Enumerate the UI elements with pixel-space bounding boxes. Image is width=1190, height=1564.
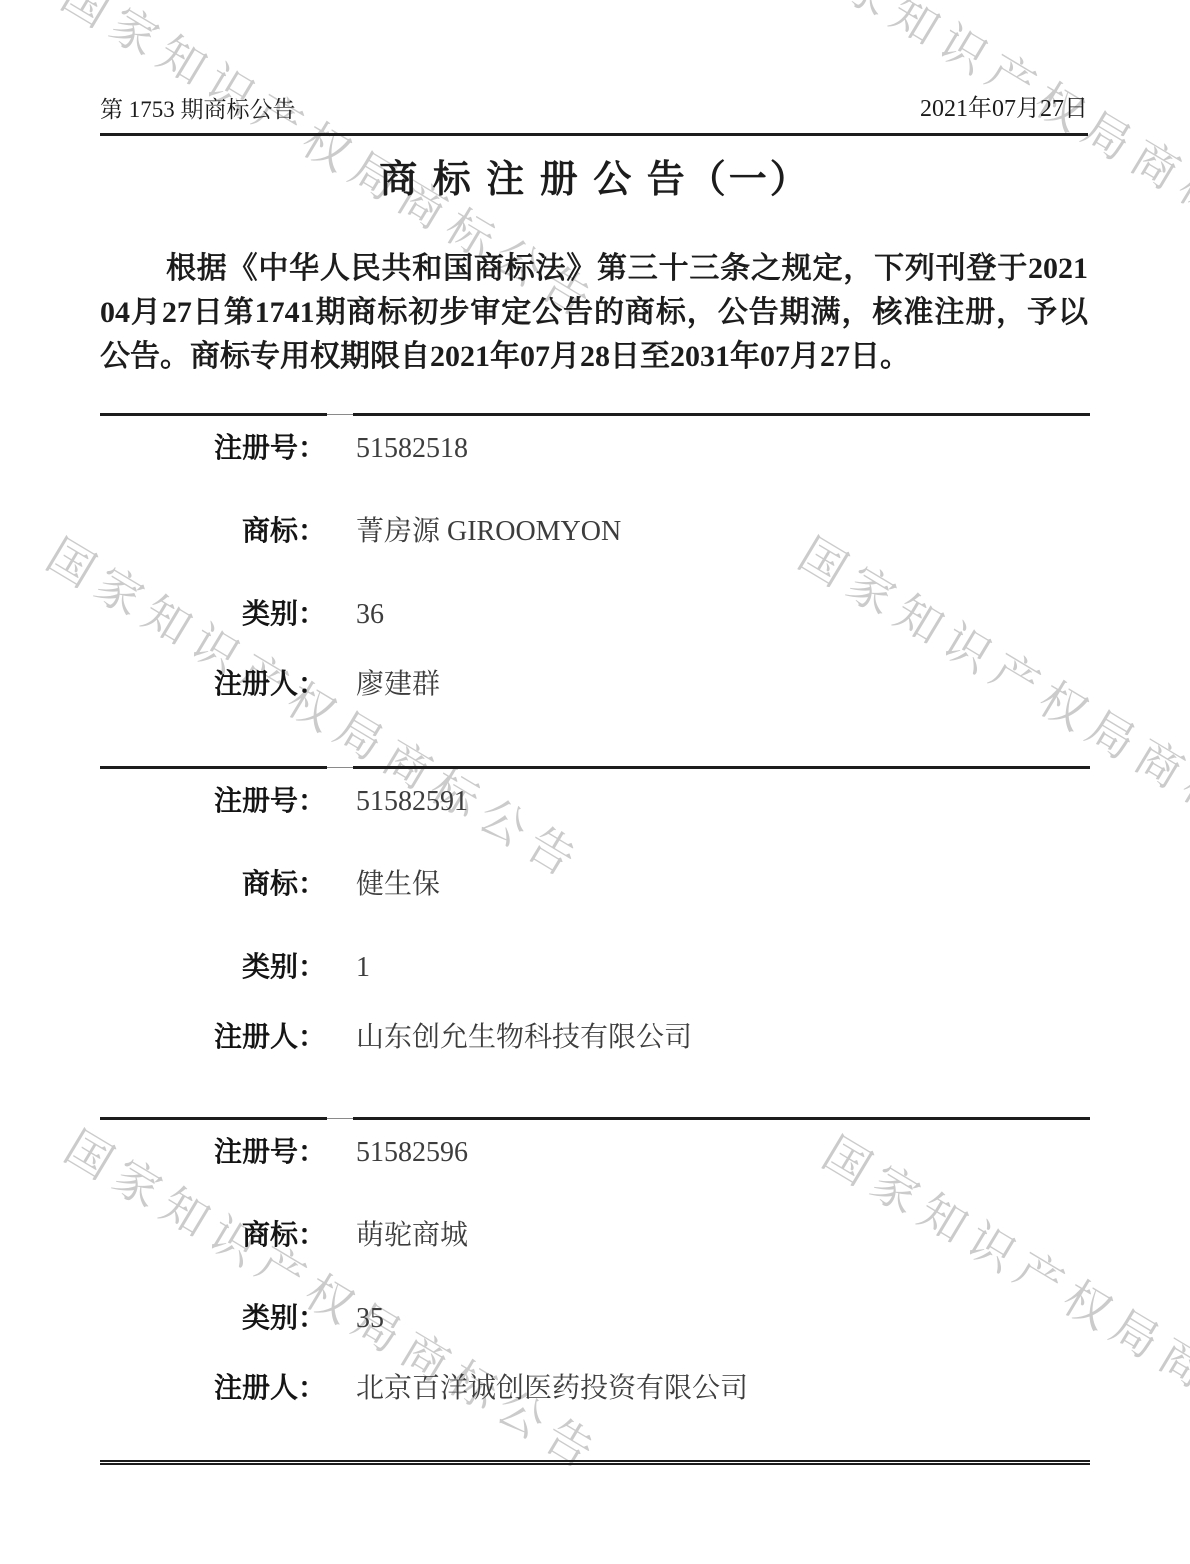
record-row-category: 类别： 36 (100, 599, 1090, 631)
record-divider (353, 413, 1090, 416)
page-title: 商 标 注 册 公 告（一） (0, 148, 1190, 203)
field-value-registrant: 北京百洋诚创医药投资有限公司 (356, 1373, 1086, 1405)
header-rule (100, 133, 1088, 136)
intro-line-1: 根据《中华人民共和国商标法》第三十三条之规定，下列刊登于2021年 (100, 247, 1088, 291)
intro-line-3: 公告。商标专用权期限自2021年07月28日至2031年07月27日。 (100, 335, 1088, 379)
record-divider (100, 1117, 327, 1120)
field-label-trademark: 商标： (100, 516, 326, 548)
field-label-reg-no: 注册号： (100, 1137, 326, 1169)
field-label-category: 类别： (100, 1303, 326, 1335)
record-divider-gap-line (327, 414, 353, 415)
field-label-category: 类别： (100, 599, 326, 631)
record-row-reg-no: 注册号： 51582591 (100, 786, 1090, 818)
field-value-reg-no: 51582591 (356, 786, 1086, 818)
field-value-reg-no: 51582518 (356, 433, 1086, 465)
field-label-registrant: 注册人： (100, 669, 326, 701)
record-row-trademark: 商标： 菁房源 GIROOMYON (100, 516, 1090, 548)
field-value-trademark: 萌驼商城 (356, 1220, 1086, 1252)
field-value-category: 36 (356, 599, 1086, 631)
record-divider-gap-line (327, 767, 353, 768)
intro-paragraph: 根据《中华人民共和国商标法》第三十三条之规定，下列刊登于2021年 04月27日… (100, 247, 1088, 379)
field-label-category: 类别： (100, 952, 326, 984)
field-value-category: 35 (356, 1303, 1086, 1335)
record-divider-gap-line (327, 1118, 353, 1119)
record-row-category: 类别： 35 (100, 1303, 1090, 1335)
record-row-registrant: 注册人： 山东创允生物科技有限公司 (100, 1022, 1090, 1054)
field-value-trademark: 菁房源 GIROOMYON (356, 516, 1086, 548)
trademark-record: 注册号： 51582518 商标： 菁房源 GIROOMYON 类别： 36 注… (100, 413, 1090, 762)
trademark-record: 注册号： 51582596 商标： 萌驼商城 类别： 35 注册人： 北京百洋诚… (100, 1117, 1090, 1466)
intro-line-2: 04月27日第1741期商标初步审定公告的商标，公告期满，核准注册，予以 (100, 291, 1088, 335)
gazette-page: 国家知识产权局商标公告 国家知识产权局商标公告 国家知识产权局商标公告 国家知识… (0, 0, 1190, 1564)
field-label-registrant: 注册人： (100, 1022, 326, 1054)
record-row-category: 类别： 1 (100, 952, 1090, 984)
page-content: 第 1753 期商标公告 2021年07月27日 商 标 注 册 公 告（一） … (0, 0, 1190, 1564)
record-divider (100, 766, 327, 769)
record-divider (353, 766, 1090, 769)
field-label-trademark: 商标： (100, 869, 326, 901)
record-row-trademark: 商标： 健生保 (100, 869, 1090, 901)
gazette-date: 2021年07月27日 (920, 96, 1088, 123)
field-value-category: 1 (356, 952, 1086, 984)
trademark-record: 注册号： 51582591 商标： 健生保 类别： 1 注册人： 山东创允生物科… (100, 766, 1090, 1115)
gazette-issue-label: 第 1753 期商标公告 (100, 97, 296, 123)
record-divider (353, 1117, 1090, 1120)
record-divider (100, 413, 327, 416)
record-row-reg-no: 注册号： 51582518 (100, 433, 1090, 465)
record-row-reg-no: 注册号： 51582596 (100, 1137, 1090, 1169)
field-label-reg-no: 注册号： (100, 786, 326, 818)
field-label-reg-no: 注册号： (100, 433, 326, 465)
field-value-registrant: 山东创允生物科技有限公司 (356, 1022, 1086, 1054)
record-row-registrant: 注册人： 北京百洋诚创医药投资有限公司 (100, 1373, 1090, 1405)
field-value-reg-no: 51582596 (356, 1137, 1086, 1169)
field-value-registrant: 廖建群 (356, 669, 1086, 701)
bottom-rule (100, 1460, 1090, 1465)
field-label-trademark: 商标： (100, 1220, 326, 1252)
record-row-registrant: 注册人： 廖建群 (100, 669, 1090, 701)
field-label-registrant: 注册人： (100, 1373, 326, 1405)
record-row-trademark: 商标： 萌驼商城 (100, 1220, 1090, 1252)
field-value-trademark: 健生保 (356, 869, 1086, 901)
